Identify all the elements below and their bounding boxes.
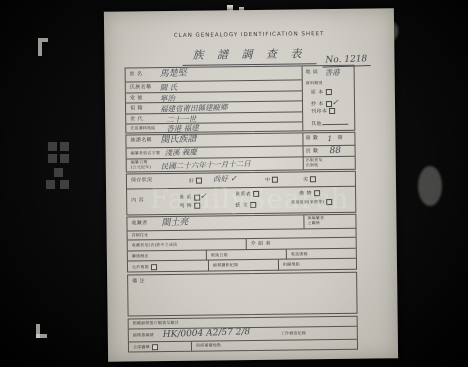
remarks-label: 備 注	[132, 279, 145, 285]
compiler-label: 編纂者姓名字號	[131, 151, 160, 156]
shoot-location-cell: 拍攝地點	[278, 259, 357, 271]
migration-value: 香港 福建	[166, 124, 199, 133]
type-printed-checkbox	[329, 108, 335, 114]
condition-note-checkmark: ✓	[230, 174, 237, 183]
copy-row: 允許複製 縮微攝影紀錄 拍攝地點	[128, 258, 356, 273]
sheet-number-value: 1218	[344, 54, 367, 65]
watermark-logo-dot	[54, 168, 63, 177]
condition-bad: 劣	[303, 176, 316, 183]
region-value: 香港	[325, 69, 340, 77]
refilm-cell: 尚需補攝地點	[191, 340, 358, 351]
condition-mid: 中	[265, 177, 278, 184]
clan-label: 氏族名稱	[130, 85, 152, 91]
watermark-logo-dot	[60, 154, 69, 163]
contents-label: 內 容	[131, 198, 144, 204]
watermark-logo-dot	[46, 180, 55, 189]
type-other-text: 其他	[311, 121, 322, 127]
compiler-value: 淺溪 義慶	[164, 148, 197, 157]
volume-cell: 冊 數 1 冊	[302, 133, 355, 146]
copy-label: 允許複製	[132, 264, 157, 270]
corner-mark-topleft-b	[38, 42, 42, 56]
condition-mid-label: 中	[265, 177, 270, 183]
compile-date-value: 民國二十六年十一月十二日	[161, 160, 251, 170]
condition-note-text: 尚好	[213, 174, 228, 183]
region-label: 地 區	[306, 70, 319, 76]
holder-value: 閩土亮	[161, 218, 188, 228]
filming-done-checkbox	[152, 344, 158, 350]
address-label: 詳細住址	[132, 233, 149, 238]
type-other-label: 其他	[311, 119, 348, 128]
volume-label: 冊 數	[305, 136, 318, 142]
archive-block: 館藏縮微捲片編號及數目 縮微捲編號 HK/0004 A2/57 2/8 工作檢查…	[128, 316, 358, 353]
roll-number-value: HK/0004 A2/57 2/8	[163, 328, 251, 340]
phone-label: 電話號碼	[291, 252, 308, 257]
type-printed-label: 刊印本	[311, 109, 327, 115]
condition-bad-label: 劣	[303, 177, 308, 183]
name-value: 馬楚堅	[160, 69, 187, 79]
watermark-logo-dot	[48, 154, 57, 163]
publisher-label: 出版者及 出版地	[306, 158, 323, 167]
english-header: CLAN GENEALOGY IDENTIFICATION SHEET	[104, 30, 394, 40]
type-other-line	[322, 119, 348, 125]
genealogy-title-label: 族譜名稱	[130, 138, 152, 144]
material-type-option: 刊印本	[311, 108, 335, 116]
material-type-option: 抄 本✓	[311, 98, 339, 108]
completion-row: 全部攝畢 尚需補攝地點	[129, 339, 357, 352]
refilm-label: 尚需補攝地點	[196, 343, 221, 348]
type-original-checkbox	[326, 89, 332, 95]
chinese-title: 族 譜 調 查 表	[182, 45, 316, 66]
relation-label: 與編纂者 之關係	[307, 216, 324, 225]
microfilm-record-cell: 縮微攝影紀錄	[208, 260, 279, 272]
publisher-cell: 出版者及 出版地	[303, 157, 356, 170]
publisher-label-line2: 出版地	[306, 162, 319, 167]
material-type-box: 資料類別 原 本 抄 本✓ 刊印本 其他	[302, 79, 356, 131]
member-label: 收藏者是(否)族中之成員	[132, 243, 178, 248]
type-manuscript-checkmark: ✓	[332, 98, 339, 107]
microfilm-scan: CLAN GENEALOGY IDENTIFICATION SHEET 族 譜 …	[0, 0, 468, 367]
condition-bad-checkbox	[310, 176, 316, 182]
familysearch-watermark: FamilySearch	[150, 184, 349, 215]
pages-label: 頁 數	[306, 149, 319, 155]
watermark-logo-dot	[60, 180, 69, 189]
holder-block: 收藏者 閩土亮 與編纂者 之關係 詳細住址 收藏者是(否)族中之成員 介 紹 者	[126, 214, 357, 273]
type-manuscript-label: 抄 本	[311, 101, 324, 107]
relation-label-line2: 之關係	[307, 220, 320, 225]
compile-date-label: 編纂日期 (公元紀年)	[131, 160, 151, 169]
watermark-logo-dot	[48, 142, 57, 151]
type-original-label: 原 本	[311, 90, 324, 96]
volume-value: 1	[327, 135, 332, 143]
origin-label: 祖 籍	[130, 106, 143, 112]
introducer-label: 介 紹 者	[251, 242, 271, 248]
holder-label: 收藏者	[131, 221, 147, 227]
shoot-location-label: 拍攝地點	[283, 262, 300, 267]
copy-permission-label: 允許複製	[132, 264, 149, 269]
clan-value: 閩 氏	[160, 84, 178, 92]
region-cell: 地 區 香港	[302, 66, 355, 80]
volume-unit: 冊	[337, 136, 342, 142]
roll-number-label: 縮微捲編號	[133, 333, 154, 338]
scan-blob-right	[418, 166, 442, 206]
remarks-block: 備 注	[127, 272, 357, 317]
archive-head-label: 館藏縮微捲片編號及數目	[133, 321, 179, 326]
condition-good-checkbox	[196, 178, 202, 184]
copy-permission-checkbox	[151, 264, 157, 270]
date-row: 編纂日期 (公元紀年) 民國二十六年十一月十二日 出版者及 出版地	[127, 156, 355, 172]
material-type-title: 資料類別	[306, 81, 323, 86]
relation-cell: 與編纂者 之關係	[303, 215, 356, 229]
interview-label: 晤談日期	[211, 253, 228, 258]
material-type-option: 原 本	[311, 89, 332, 97]
name-label: 姓 名	[130, 72, 143, 78]
identity-block: 姓 名 馬楚堅 地 區 香港 氏族名稱 閩 氏 堂 號 寧治 祖 籍 福建省莆田…	[125, 65, 356, 134]
filming-done-label: 全部攝畢	[133, 344, 158, 350]
contact-label: 聯絡辦法	[132, 254, 149, 259]
microfilm-record-label: 縮微攝影紀錄	[213, 263, 238, 268]
watermark-logo-dot	[60, 142, 69, 151]
work-check-label: 工作檢查紀錄	[281, 331, 306, 336]
condition-note: 尚好 ✓	[213, 175, 237, 184]
volume-block: 族譜名稱 閩氏族譜 冊 數 1 冊 編纂者姓名字號 淺溪 義慶 頁 數 88 編…	[125, 132, 355, 173]
migration-label: 先祖遷移地區	[130, 126, 155, 131]
filming-done-text: 全部攝畢	[133, 344, 150, 349]
pages-value: 88	[329, 147, 341, 156]
genealogy-title-value: 閩氏族譜	[160, 135, 196, 145]
date-label-line2: (公元紀年)	[131, 164, 151, 169]
condition-mid-checkbox	[272, 177, 278, 183]
corner-mark-bottomleft-b	[36, 334, 47, 338]
